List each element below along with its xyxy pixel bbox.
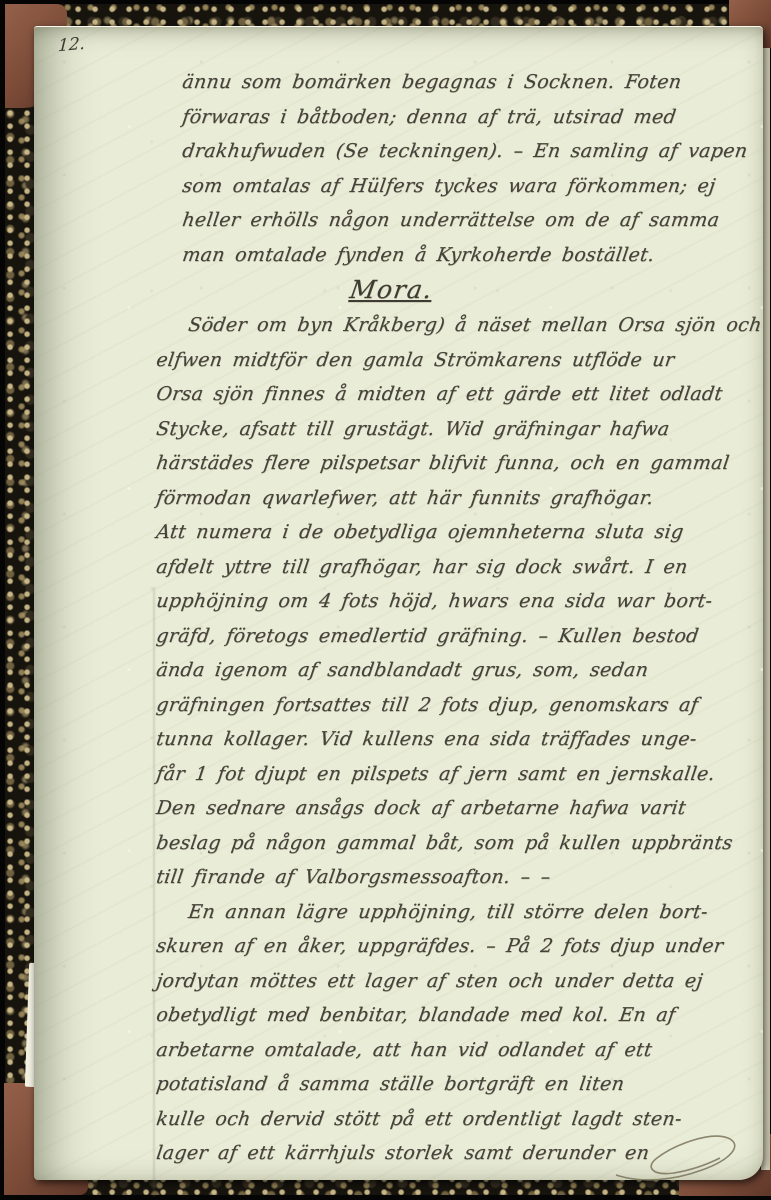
manuscript-line: arbetarne omtalade, att han vid odlandet… (154, 1033, 771, 1068)
manuscript-line: till firande af Valborgsmessoafton. – – (154, 860, 771, 895)
page-number: 12. (58, 34, 86, 57)
manuscript-line: förwaras i båtboden; denna af trä, utsir… (180, 100, 771, 135)
manuscript-line: som omtalas af Hülfers tyckes wara förko… (180, 169, 771, 204)
manuscript-line: Söder om byn Kråkberg) å näset mellan Or… (154, 308, 771, 343)
manuscript-line: obetydligt med benbitar, blandade med ko… (154, 998, 771, 1033)
manuscript-line: Att numera i de obetydliga ojemnheterna … (154, 515, 771, 550)
manuscript-page: 12. ännu som bomärken begagnas i Socknen… (34, 26, 763, 1180)
manuscript-line: beslag på någon gammal båt, som på kulle… (154, 826, 771, 861)
manuscript-line: gräfningen fortsattes till 2 fots djup, … (154, 688, 771, 723)
paragraph: ännu som bomärken begagnas i Socknen. Fo… (180, 65, 771, 272)
pen-flourish-icon (612, 1127, 752, 1193)
handwritten-text-block: ännu som bomärken begagnas i Socknen. Fo… (154, 65, 771, 1171)
manuscript-line: En annan lägre upphöjning, till större d… (154, 895, 771, 930)
manuscript-line: upphöjning om 4 fots höjd, hwars ena sid… (154, 584, 771, 619)
manuscript-line: Orsa sjön finnes å midten af ett gärde e… (154, 377, 771, 412)
manuscript-line: får 1 fot djupt en pilspets af jern samt… (154, 757, 771, 792)
manuscript-line: tunna kollager. Vid kullens ena sida trä… (154, 722, 771, 757)
manuscript-line: gräfd, företogs emedlertid gräfning. – K… (154, 619, 771, 654)
manuscript-line: jordytan möttes ett lager af sten och un… (154, 964, 771, 999)
manuscript-line: Stycke, afsatt till grustägt. Wid gräfni… (154, 412, 771, 447)
manuscript-line: förmodan qwarlefwer, att här funnits gra… (154, 481, 771, 516)
manuscript-line: heller erhölls någon underrättelse om de… (180, 203, 771, 238)
manuscript-line: ännu som bomärken begagnas i Socknen. Fo… (180, 65, 771, 100)
manuscript-line: potatisland å samma ställe bortgräft en … (154, 1067, 771, 1102)
section-heading: Mora. (151, 272, 632, 308)
manuscript-line: ända igenom af sandblandadt grus, som, s… (154, 653, 771, 688)
manuscript-line: elfwen midtför den gamla Strömkarens utf… (154, 343, 771, 378)
manuscript-line: man omtalade fynden å Kyrkoherde boställ… (180, 238, 771, 273)
manuscript-line: afdelt yttre till grafhögar, har sig doc… (154, 550, 771, 585)
scanned-manuscript: 12. ännu som bomärken begagnas i Socknen… (0, 0, 771, 1200)
manuscript-line: drakhufwuden (Se teckningen). – En samli… (180, 134, 771, 169)
manuscript-line: Den sednare ansågs dock af arbetarne haf… (154, 791, 771, 826)
paragraph: Söder om byn Kråkberg) å näset mellan Or… (154, 308, 771, 895)
manuscript-line: skuren af en åker, uppgräfdes. – På 2 fo… (154, 929, 771, 964)
manuscript-line: härstädes flere pilspetsar blifvit funna… (154, 446, 771, 481)
